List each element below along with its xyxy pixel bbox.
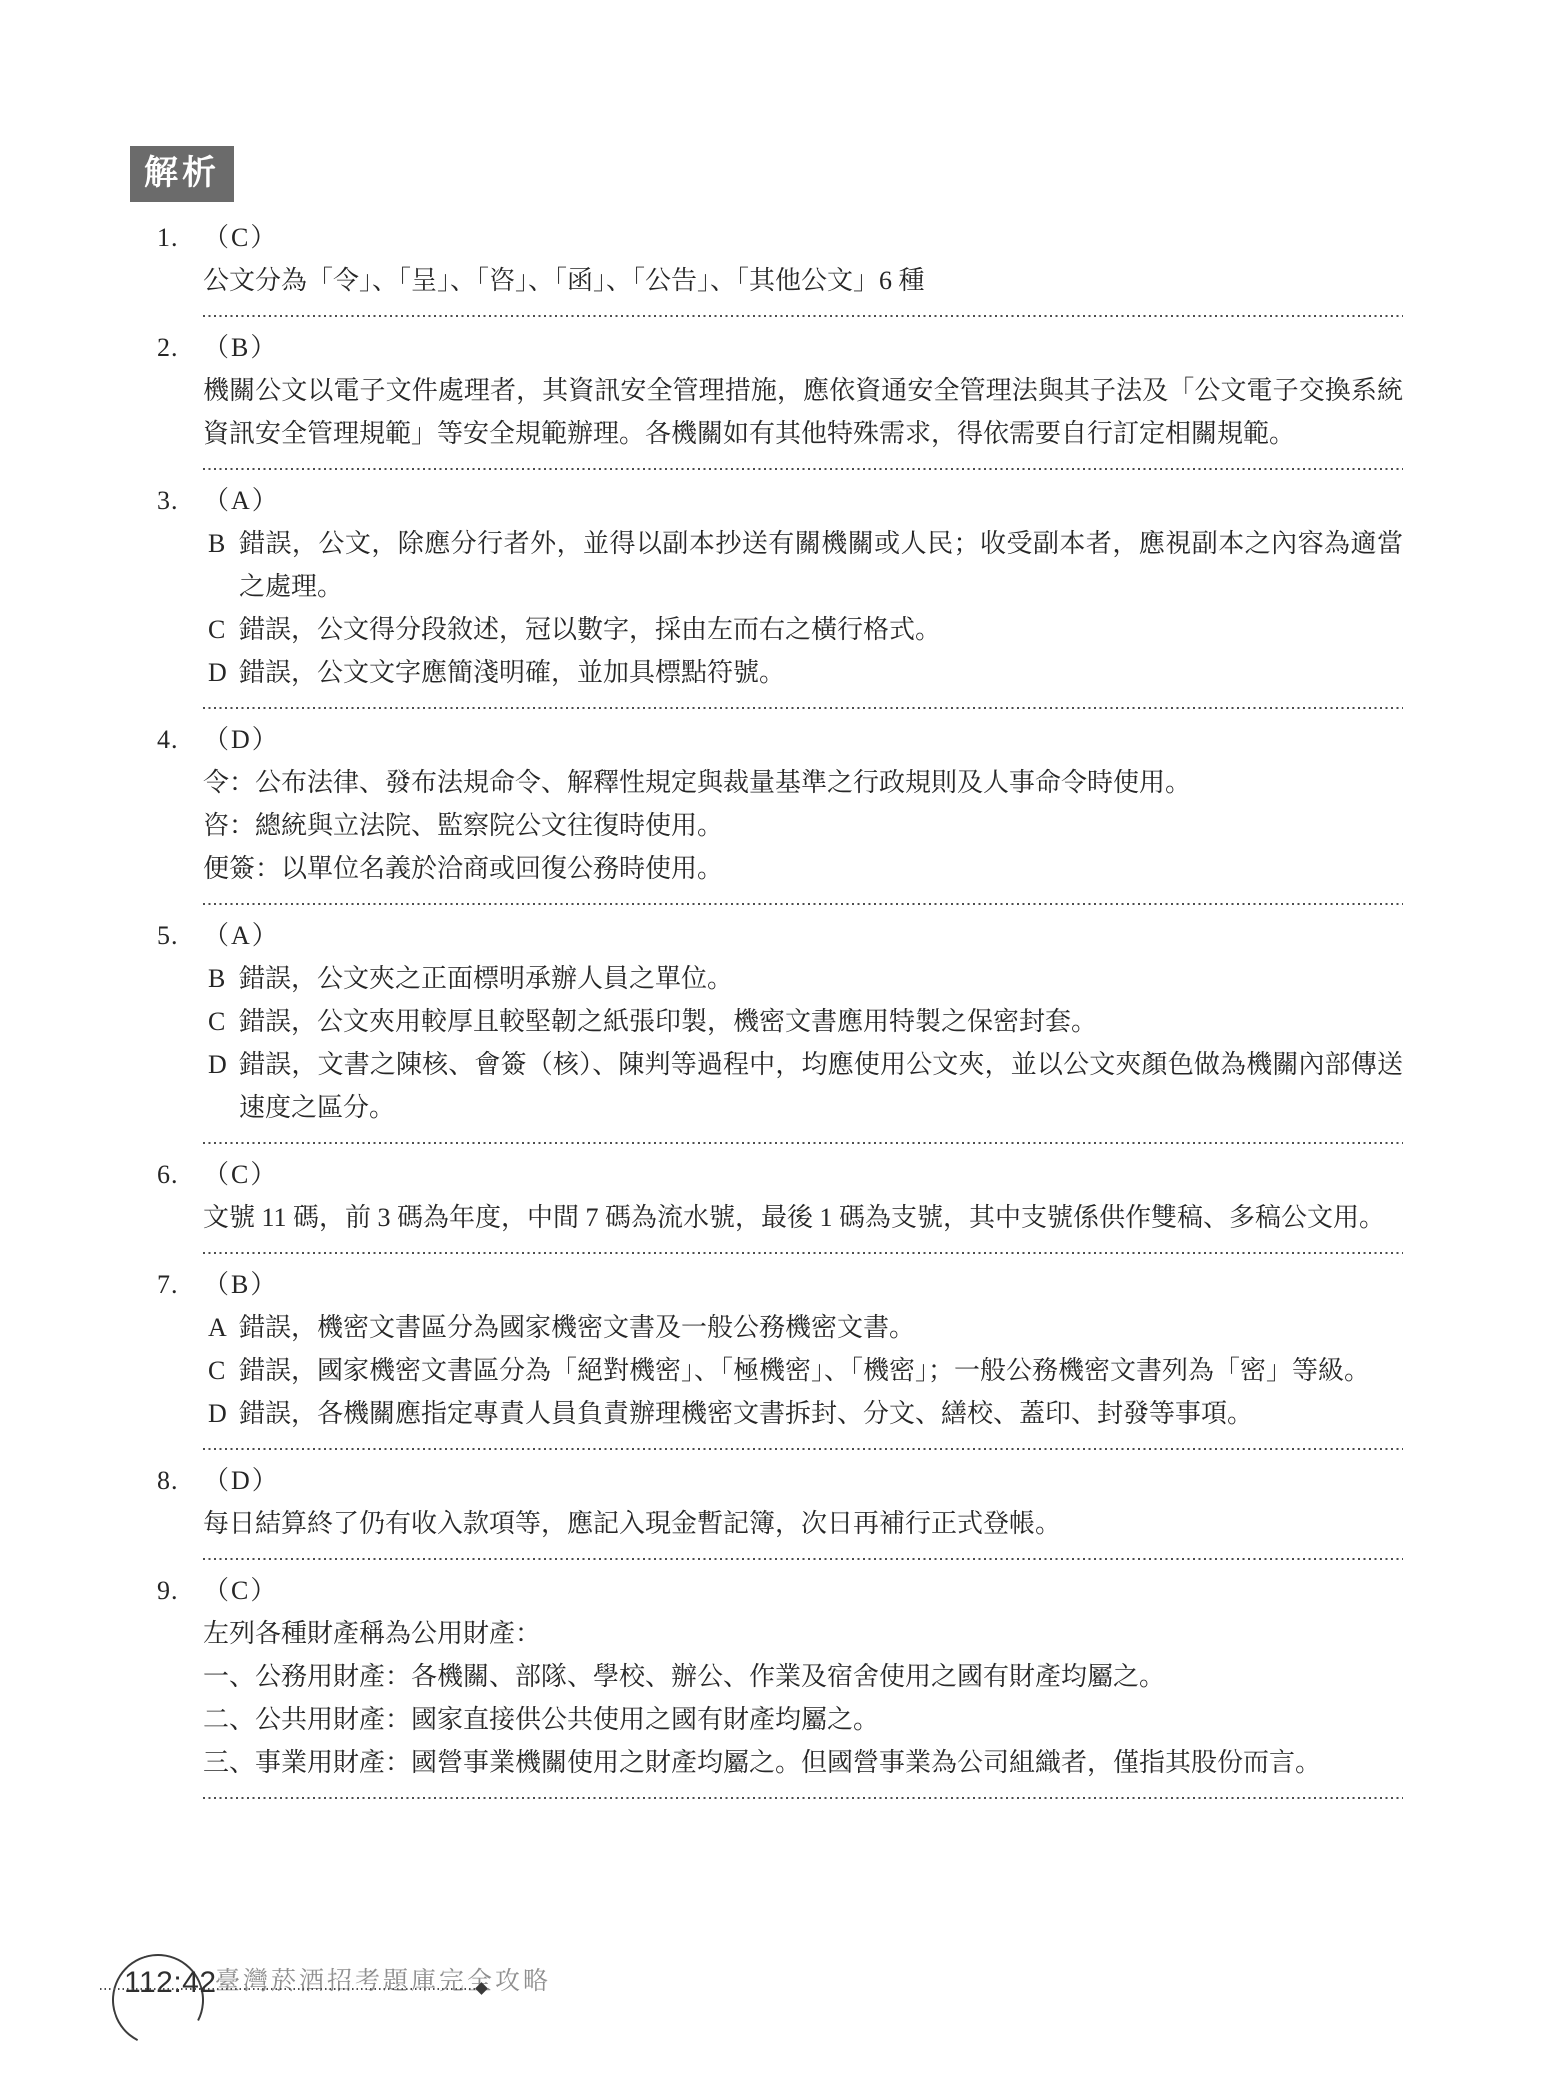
item-number: 2. [157, 326, 197, 369]
item-body: A錯誤，機密文書區分為國家機密文書及一般公務機密文書。C錯誤，國家機密文書區分為… [203, 1306, 1403, 1435]
answer-item: 1.（C）公文分為「令」、「呈」、「咨」、「函」、「公告」、「其他公文」6 種 [203, 216, 1403, 317]
answer-item: 8.（D）每日結算終了仍有收入款項等，應記入現金暫記簿，次日再補行正式登帳。 [203, 1459, 1403, 1560]
page-number: 112:42 [124, 1966, 194, 2000]
item-body: 文號 11 碼，前 3 碼為年度，中間 7 碼為流水號，最後 1 碼為支號，其中… [203, 1196, 1403, 1239]
item-answer: （C） [203, 223, 278, 252]
book-title: 臺灣菸酒招考題庫完全攻略 [215, 1961, 551, 1997]
option-line: B錯誤，公文夾之正面標明承辦人員之單位。 [203, 957, 1403, 1000]
footer-dotted-line [100, 1988, 480, 1990]
option-line: D錯誤，公文文字應簡淺明確，並加具標點符號。 [203, 651, 1403, 694]
item-paragraph: 機關公文以電子文件處理者，其資訊安全管理措施，應依資通安全管理法與其子法及「公文… [203, 369, 1403, 455]
option-text: 錯誤，國家機密文書區分為「絕對機密」、「極機密」、「機密」；一般公務機密文書列為… [239, 1349, 1403, 1392]
option-line: C錯誤，公文得分段敘述，冠以數字，採由左而右之橫行格式。 [203, 608, 1403, 651]
answer-item: 4.（D）令：公布法律、發布法規命令、解釋性規定與裁量基準之行政規則及人事命令時… [203, 718, 1403, 905]
item-number: 9. [157, 1569, 197, 1612]
option-line: B錯誤，公文，除應分行者外，並得以副本抄送有關機關或人民；收受副本者，應視副本之… [203, 522, 1403, 608]
dotted-separator [203, 468, 1403, 470]
item-head: 7.（B） [203, 1263, 1403, 1306]
item-answer: （C） [203, 1576, 278, 1605]
option-text: 錯誤，各機關應指定專責人員負責辦理機密文書拆封、分文、繕校、蓋印、封發等事項。 [239, 1392, 1403, 1435]
dotted-separator [203, 903, 1403, 905]
item-answer: （C） [203, 1160, 278, 1189]
item-number: 7. [157, 1263, 197, 1306]
item-paragraph: 每日結算終了仍有收入款項等，應記入現金暫記簿，次日再補行正式登帳。 [203, 1502, 1403, 1545]
dotted-separator [203, 1142, 1403, 1144]
dotted-separator [203, 1252, 1403, 1254]
item-head: 9.（C） [203, 1569, 1403, 1612]
item-paragraph: 便簽：以單位名義於洽商或回復公務時使用。 [203, 847, 1403, 890]
option-text: 錯誤，公文夾用較厚且較堅韌之紙張印製，機密文書應用特製之保密封套。 [239, 1000, 1403, 1043]
option-letter: C [208, 608, 239, 651]
answer-item: 6.（C）文號 11 碼，前 3 碼為年度，中間 7 碼為流水號，最後 1 碼為… [203, 1153, 1403, 1254]
dotted-separator [203, 1797, 1403, 1799]
option-letter: C [208, 1349, 239, 1392]
option-letter: D [208, 1392, 239, 1435]
item-body: B錯誤，公文夾之正面標明承辦人員之單位。C錯誤，公文夾用較厚且較堅韌之紙張印製，… [203, 957, 1403, 1129]
option-text: 錯誤，公文夾之正面標明承辦人員之單位。 [239, 957, 1403, 1000]
answer-item: 3.（A）B錯誤，公文，除應分行者外，並得以副本抄送有關機關或人民；收受副本者，… [203, 479, 1403, 709]
dotted-separator [203, 1448, 1403, 1450]
option-text: 錯誤，機密文書區分為國家機密文書及一般公務機密文書。 [239, 1306, 1403, 1349]
answer-item: 2.（B）機關公文以電子文件處理者，其資訊安全管理措施，應依資通安全管理法與其子… [203, 326, 1403, 470]
option-line: C錯誤，國家機密文書區分為「絕對機密」、「極機密」、「機密」；一般公務機密文書列… [203, 1349, 1403, 1392]
item-paragraph: 咨：總統與立法院、監察院公文往復時使用。 [203, 804, 1403, 847]
item-number: 6. [157, 1153, 197, 1196]
option-letter: D [208, 1043, 239, 1129]
option-letter: B [208, 522, 239, 608]
item-head: 2.（B） [203, 326, 1403, 369]
item-number: 8. [157, 1459, 197, 1502]
option-text: 錯誤，文書之陳核、會簽（核）、陳判等過程中，均應使用公文夾，並以公文夾顏色做為機… [239, 1043, 1403, 1129]
option-letter: D [208, 651, 239, 694]
item-answer: （A） [203, 486, 280, 515]
item-body: 令：公布法律、發布法規命令、解釋性規定與裁量基準之行政規則及人事命令時使用。咨：… [203, 761, 1403, 890]
option-line: C錯誤，公文夾用較厚且較堅韌之紙張印製，機密文書應用特製之保密封套。 [203, 1000, 1403, 1043]
option-line: D錯誤，文書之陳核、會簽（核）、陳判等過程中，均應使用公文夾，並以公文夾顏色做為… [203, 1043, 1403, 1129]
item-paragraph: 二、公共用財產：國家直接供公共使用之國有財產均屬之。 [203, 1698, 1403, 1741]
item-body: 公文分為「令」、「呈」、「咨」、「函」、「公告」、「其他公文」6 種 [203, 259, 1403, 302]
dotted-separator [203, 315, 1403, 317]
item-paragraph: 令：公布法律、發布法規命令、解釋性規定與裁量基準之行政規則及人事命令時使用。 [203, 761, 1403, 804]
answer-items: 1.（C）公文分為「令」、「呈」、「咨」、「函」、「公告」、「其他公文」6 種2… [203, 216, 1403, 1808]
answer-item: 5.（A）B錯誤，公文夾之正面標明承辦人員之單位。C錯誤，公文夾用較厚且較堅韌之… [203, 914, 1403, 1144]
item-number: 4. [157, 718, 197, 761]
answer-item: 7.（B）A錯誤，機密文書區分為國家機密文書及一般公務機密文書。C錯誤，國家機密… [203, 1263, 1403, 1450]
option-text: 錯誤，公文得分段敘述，冠以數字，採由左而右之橫行格式。 [239, 608, 1403, 651]
dotted-separator [203, 1558, 1403, 1560]
item-number: 3. [157, 479, 197, 522]
option-letter: C [208, 1000, 239, 1043]
page-number-circle-icon [100, 1942, 216, 2058]
option-letter: B [208, 957, 239, 1000]
item-answer: （D） [203, 1466, 280, 1495]
item-body: 左列各種財產稱為公用財產：一、公務用財產：各機關、部隊、學校、辦公、作業及宿舍使… [203, 1612, 1403, 1784]
item-head: 6.（C） [203, 1153, 1403, 1196]
item-answer: （D） [203, 725, 280, 754]
item-paragraph: 左列各種財產稱為公用財產： [203, 1612, 1403, 1655]
item-paragraph: 一、公務用財產：各機關、部隊、學校、辦公、作業及宿舍使用之國有財產均屬之。 [203, 1655, 1403, 1698]
section-badge: 解析 [130, 146, 234, 202]
item-answer: （B） [203, 1270, 278, 1299]
option-line: D錯誤，各機關應指定專責人員負責辦理機密文書拆封、分文、繕校、蓋印、封發等事項。 [203, 1392, 1403, 1435]
option-letter: A [208, 1306, 239, 1349]
item-head: 5.（A） [203, 914, 1403, 957]
item-head: 8.（D） [203, 1459, 1403, 1502]
item-head: 4.（D） [203, 718, 1403, 761]
item-paragraph: 公文分為「令」、「呈」、「咨」、「函」、「公告」、「其他公文」6 種 [203, 259, 1403, 302]
item-head: 3.（A） [203, 479, 1403, 522]
option-line: A錯誤，機密文書區分為國家機密文書及一般公務機密文書。 [203, 1306, 1403, 1349]
item-paragraph: 文號 11 碼，前 3 碼為年度，中間 7 碼為流水號，最後 1 碼為支號，其中… [203, 1196, 1403, 1239]
answer-item: 9.（C）左列各種財產稱為公用財產：一、公務用財產：各機關、部隊、學校、辦公、作… [203, 1569, 1403, 1799]
item-body: 每日結算終了仍有收入款項等，應記入現金暫記簿，次日再補行正式登帳。 [203, 1502, 1403, 1545]
item-paragraph: 三、事業用財產：國營事業機關使用之財產均屬之。但國營事業為公司組織者，僅指其股份… [203, 1741, 1403, 1784]
item-head: 1.（C） [203, 216, 1403, 259]
option-text: 錯誤，公文文字應簡淺明確，並加具標點符號。 [239, 651, 1403, 694]
item-number: 1. [157, 216, 197, 259]
option-text: 錯誤，公文，除應分行者外，並得以副本抄送有關機關或人民；收受副本者，應視副本之內… [239, 522, 1403, 608]
dotted-separator [203, 707, 1403, 709]
item-answer: （A） [203, 921, 280, 950]
item-body: B錯誤，公文，除應分行者外，並得以副本抄送有關機關或人民；收受副本者，應視副本之… [203, 522, 1403, 694]
item-body: 機關公文以電子文件處理者，其資訊安全管理措施，應依資通安全管理法與其子法及「公文… [203, 369, 1403, 455]
item-number: 5. [157, 914, 197, 957]
item-answer: （B） [203, 333, 278, 362]
